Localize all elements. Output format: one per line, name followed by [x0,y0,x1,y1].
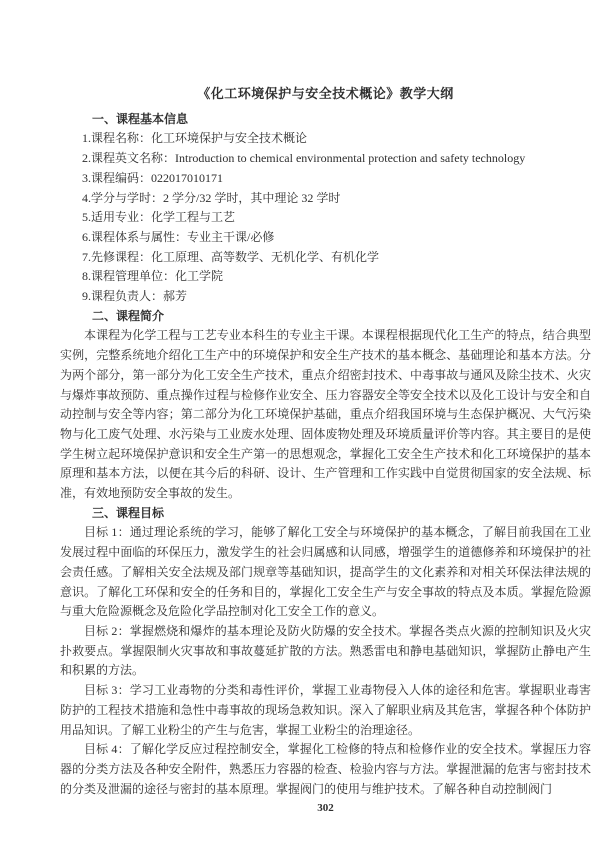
objective-4-paragraph: 目标 4：了解化学反应过程控制安全，掌握化工检修的特点和检修作业的安全技术。掌握… [60,740,591,799]
syllabus-document-page: 《化工环境保护与安全技术概论》教学大纲 一、课程基本信息 1.课程名称：化工环境… [0,0,601,849]
course-info-item-department: 8.课程管理单位：化工学院 [60,267,591,287]
course-info-item-leader: 9.课程负责人：郝芳 [60,287,591,307]
course-info-item-name: 1.课程名称：化工环境保护与安全技术概论 [60,129,591,149]
course-intro-paragraph: 本课程为化学工程与工艺专业本科生的专业主干课。本课程根据现代化工生产的特点，结合… [60,326,591,503]
course-info-item-category: 6.课程体系与属性：专业主干课/必修 [60,228,591,248]
section-heading-course-objectives: 三、课程目标 [60,504,591,524]
objective-3-paragraph: 目标 3：学习工业毒物的分类和毒性评价，掌握工业毒物侵入人体的途径和危害。掌握职… [60,681,591,740]
course-info-item-code: 3.课程编码：022017010171 [60,169,591,189]
course-info-item-english-name: 2.课程英文名称：Introduction to chemical enviro… [60,149,591,169]
page-number: 302 [60,799,591,819]
section-heading-course-info: 一、课程基本信息 [60,110,591,130]
course-info-item-prerequisites: 7.先修课程：化工原理、高等数学、无机化学、有机化学 [60,248,591,268]
document-title: 《化工环境保护与安全技术概论》教学大纲 [60,84,591,104]
section-heading-course-intro: 二、课程简介 [60,307,591,327]
objective-2-paragraph: 目标 2：掌握燃烧和爆炸的基本理论及防火防爆的安全技术。掌握各类点火源的控制知识… [60,622,591,681]
course-info-item-credits-hours: 4.学分与学时：2 学分/32 学时，其中理论 32 学时 [60,189,591,209]
page-content: 《化工环境保护与安全技术概论》教学大纲 一、课程基本信息 1.课程名称：化工环境… [60,84,591,819]
objective-1-paragraph: 目标 1：通过理论系统的学习，能够了解化工安全与环境保护的基本概念，了解目前我国… [60,523,591,622]
course-info-item-major: 5.适用专业：化学工程与工艺 [60,208,591,228]
